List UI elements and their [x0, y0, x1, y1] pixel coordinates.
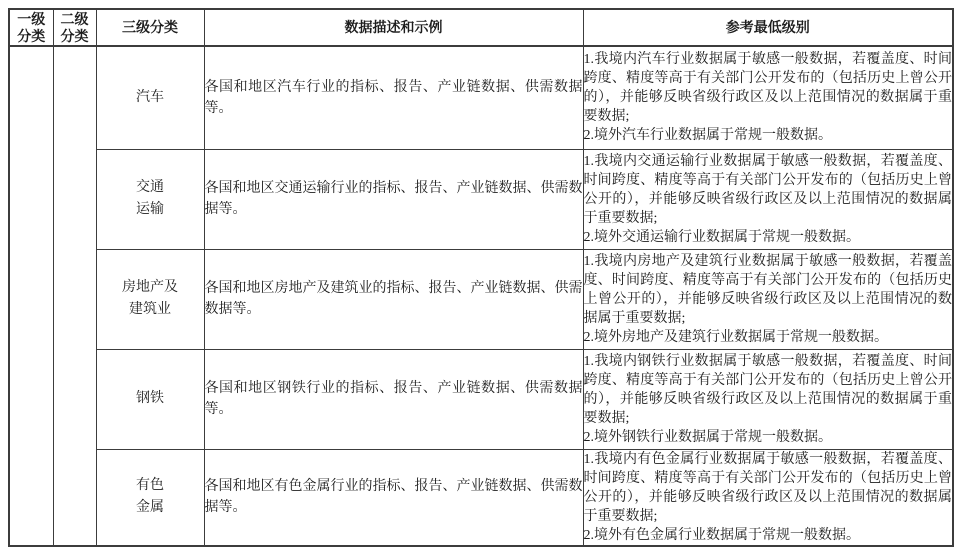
classification-table: 一级 分类 二级 分类 三级分类 数据描述和示例 参考最低级别 汽车 各国和地区… [8, 8, 954, 547]
min-level-cell: 1.我境内交通运输行业数据属于敏感一般数据，若覆盖度、时间跨度、精度等高于有关部… [583, 149, 953, 249]
table-row: 钢铁 各国和地区钢铁行业的指标、报告、产业链数据、供需数据等。 1.我境内钢铁行… [9, 349, 953, 449]
header-reference-min-level: 参考最低级别 [583, 9, 953, 46]
table-row: 汽车 各国和地区汽车行业的指标、报告、产业链数据、供需数据等。 1.我境内汽车行… [9, 46, 953, 149]
category-cell: 汽车 [96, 46, 204, 149]
min-level-cell: 1.我境内有色金属行业数据属于敏感一般数据，若覆盖度、时间跨度、精度等高于有关部… [583, 449, 953, 546]
description-cell: 各国和地区有色金属行业的指标、报告、产业链数据、供需数据等。 [204, 449, 583, 546]
description-cell: 各国和地区钢铁行业的指标、报告、产业链数据、供需数据等。 [204, 349, 583, 449]
category-cell: 房地产及 建筑业 [96, 249, 204, 349]
table-row: 房地产及 建筑业 各国和地区房地产及建筑业的指标、报告、产业链数据、供需数据等。… [9, 249, 953, 349]
min-level-cell: 1.我境内房地产及建筑行业数据属于敏感一般数据，若覆盖度、时间跨度、精度等高于有… [583, 249, 953, 349]
header-data-description: 数据描述和示例 [204, 9, 583, 46]
table-body: 汽车 各国和地区汽车行业的指标、报告、产业链数据、供需数据等。 1.我境内汽车行… [9, 46, 953, 546]
header-level2-category: 二级 分类 [53, 9, 96, 46]
table-row: 有色 金属 各国和地区有色金属行业的指标、报告、产业链数据、供需数据等。 1.我… [9, 449, 953, 546]
document-page: 一级 分类 二级 分类 三级分类 数据描述和示例 参考最低级别 汽车 各国和地区… [0, 0, 960, 551]
table-header: 一级 分类 二级 分类 三级分类 数据描述和示例 参考最低级别 [9, 9, 953, 46]
header-level1-category: 一级 分类 [9, 9, 53, 46]
header-row: 一级 分类 二级 分类 三级分类 数据描述和示例 参考最低级别 [9, 9, 953, 46]
category-cell: 交通 运输 [96, 149, 204, 249]
min-level-cell: 1.我境内钢铁行业数据属于敏感一般数据，若覆盖度、时间跨度、精度等高于有关部门公… [583, 349, 953, 449]
header-level3-category: 三级分类 [96, 9, 204, 46]
category-cell: 有色 金属 [96, 449, 204, 546]
description-cell: 各国和地区汽车行业的指标、报告、产业链数据、供需数据等。 [204, 46, 583, 149]
level1-merged-cell [9, 46, 53, 546]
description-cell: 各国和地区交通运输行业的指标、报告、产业链数据、供需数据等。 [204, 149, 583, 249]
description-cell: 各国和地区房地产及建筑业的指标、报告、产业链数据、供需数据等。 [204, 249, 583, 349]
table-row: 交通 运输 各国和地区交通运输行业的指标、报告、产业链数据、供需数据等。 1.我… [9, 149, 953, 249]
level2-merged-cell [53, 46, 96, 546]
min-level-cell: 1.我境内汽车行业数据属于敏感一般数据，若覆盖度、时间跨度、精度等高于有关部门公… [583, 46, 953, 149]
category-cell: 钢铁 [96, 349, 204, 449]
